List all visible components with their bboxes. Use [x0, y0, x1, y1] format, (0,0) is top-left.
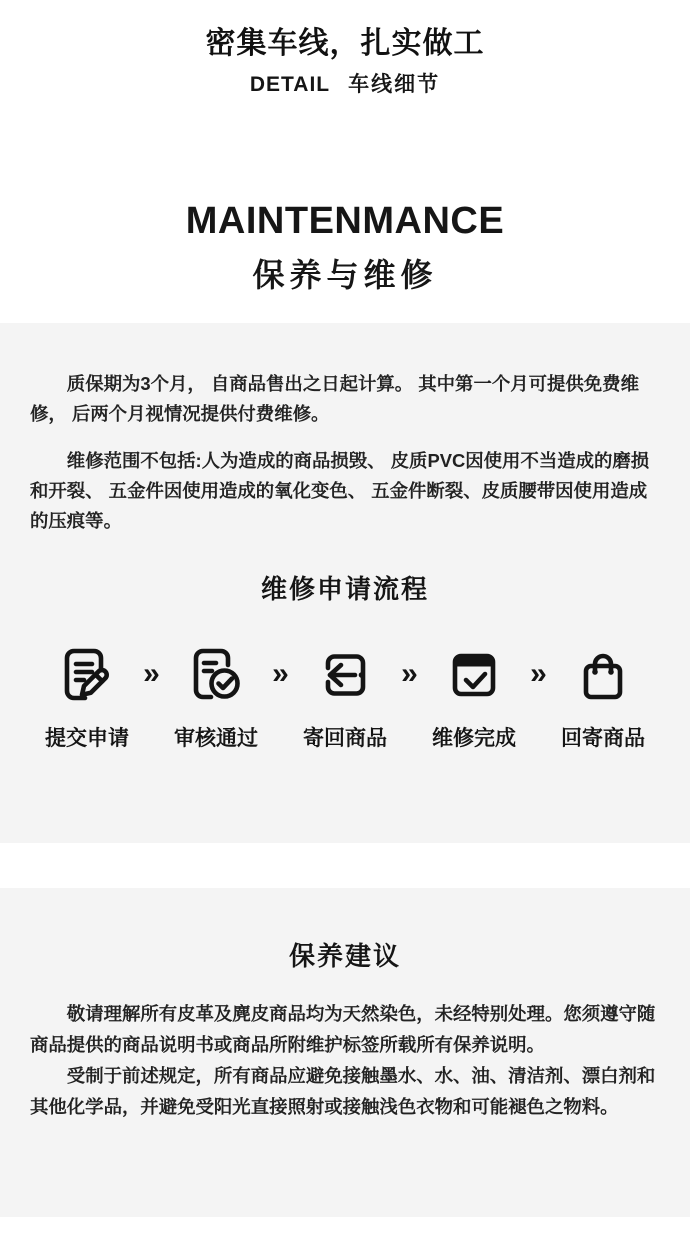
care-advice-title: 保养建议 — [30, 943, 660, 969]
repair-done-icon — [444, 645, 504, 705]
subtitle-en: DETAIL — [250, 73, 330, 96]
page-title: 密集车线，扎实做工 — [0, 28, 690, 60]
process-step-label: 审核通过 — [174, 727, 258, 750]
shopping-bag-icon — [573, 645, 633, 705]
process-step-label: 回寄商品 — [561, 727, 645, 750]
section-divider — [0, 843, 690, 888]
care-paragraph-2: 受制于前述规定，所有商品应避免接触墨水、水、油、清洁剂、漂白剂和 其他化学品，并… — [30, 1060, 660, 1122]
return-parcel-icon — [315, 645, 375, 705]
process-step-send-back: 寄回商品 — [297, 645, 393, 750]
care-advice-section: 保养建议 敬请理解所有皮革及麂皮商品均为天然染色，未经特别处理。您须遵守随 商品… — [0, 888, 690, 1217]
maintenance-title-cn: 保养与维修 — [0, 258, 690, 292]
maintenance-title-en: MAINTENMANCE — [0, 202, 690, 240]
process-step-submit: 提交申请 — [39, 645, 135, 750]
document-approved-icon — [186, 645, 246, 705]
process-step-label: 提交申请 — [45, 727, 129, 750]
process-step-label: 寄回商品 — [303, 727, 387, 750]
page-subtitle: DETAIL车线细节 — [0, 74, 690, 96]
warranty-paragraph-1: 质保期为3个月， 自商品售出之日起计算。 其中第一个月可提供免费维 修， 后两个… — [30, 369, 660, 429]
chevron-right-separator-icon: » — [393, 645, 426, 705]
process-step-label: 维修完成 — [432, 727, 516, 750]
process-step-repair-done: 维修完成 — [426, 645, 522, 750]
process-step-approved: 审核通过 — [168, 645, 264, 750]
bottom-spacer — [0, 1217, 690, 1260]
chevron-right-separator-icon: » — [264, 645, 297, 705]
care-paragraph-1: 敬请理解所有皮革及麂皮商品均为天然染色，未经特别处理。您须遵守随 商品提供的商品… — [30, 998, 660, 1060]
repair-process-title: 维修申请流程 — [30, 576, 660, 602]
repair-process-flow: 提交申请 » 审核通过 » 寄回商品 » — [30, 645, 660, 750]
chevron-right-separator-icon: » — [135, 645, 168, 705]
process-step-return-ship: 回寄商品 — [555, 645, 651, 750]
chevron-right-separator-icon: » — [522, 645, 555, 705]
subtitle-cn: 车线细节 — [348, 73, 440, 96]
detail-header-section: 密集车线，扎实做工 DETAIL车线细节 MAINTENMANCE 保养与维修 — [0, 0, 690, 323]
warranty-paragraph-2: 维修范围不包括:人为造成的商品损毁、 皮质PVC因使用不当造成的磨损 和开裂、 … — [30, 446, 660, 536]
warranty-section: 质保期为3个月， 自商品售出之日起计算。 其中第一个月可提供免费维 修， 后两个… — [0, 323, 690, 843]
document-edit-icon — [57, 645, 117, 705]
